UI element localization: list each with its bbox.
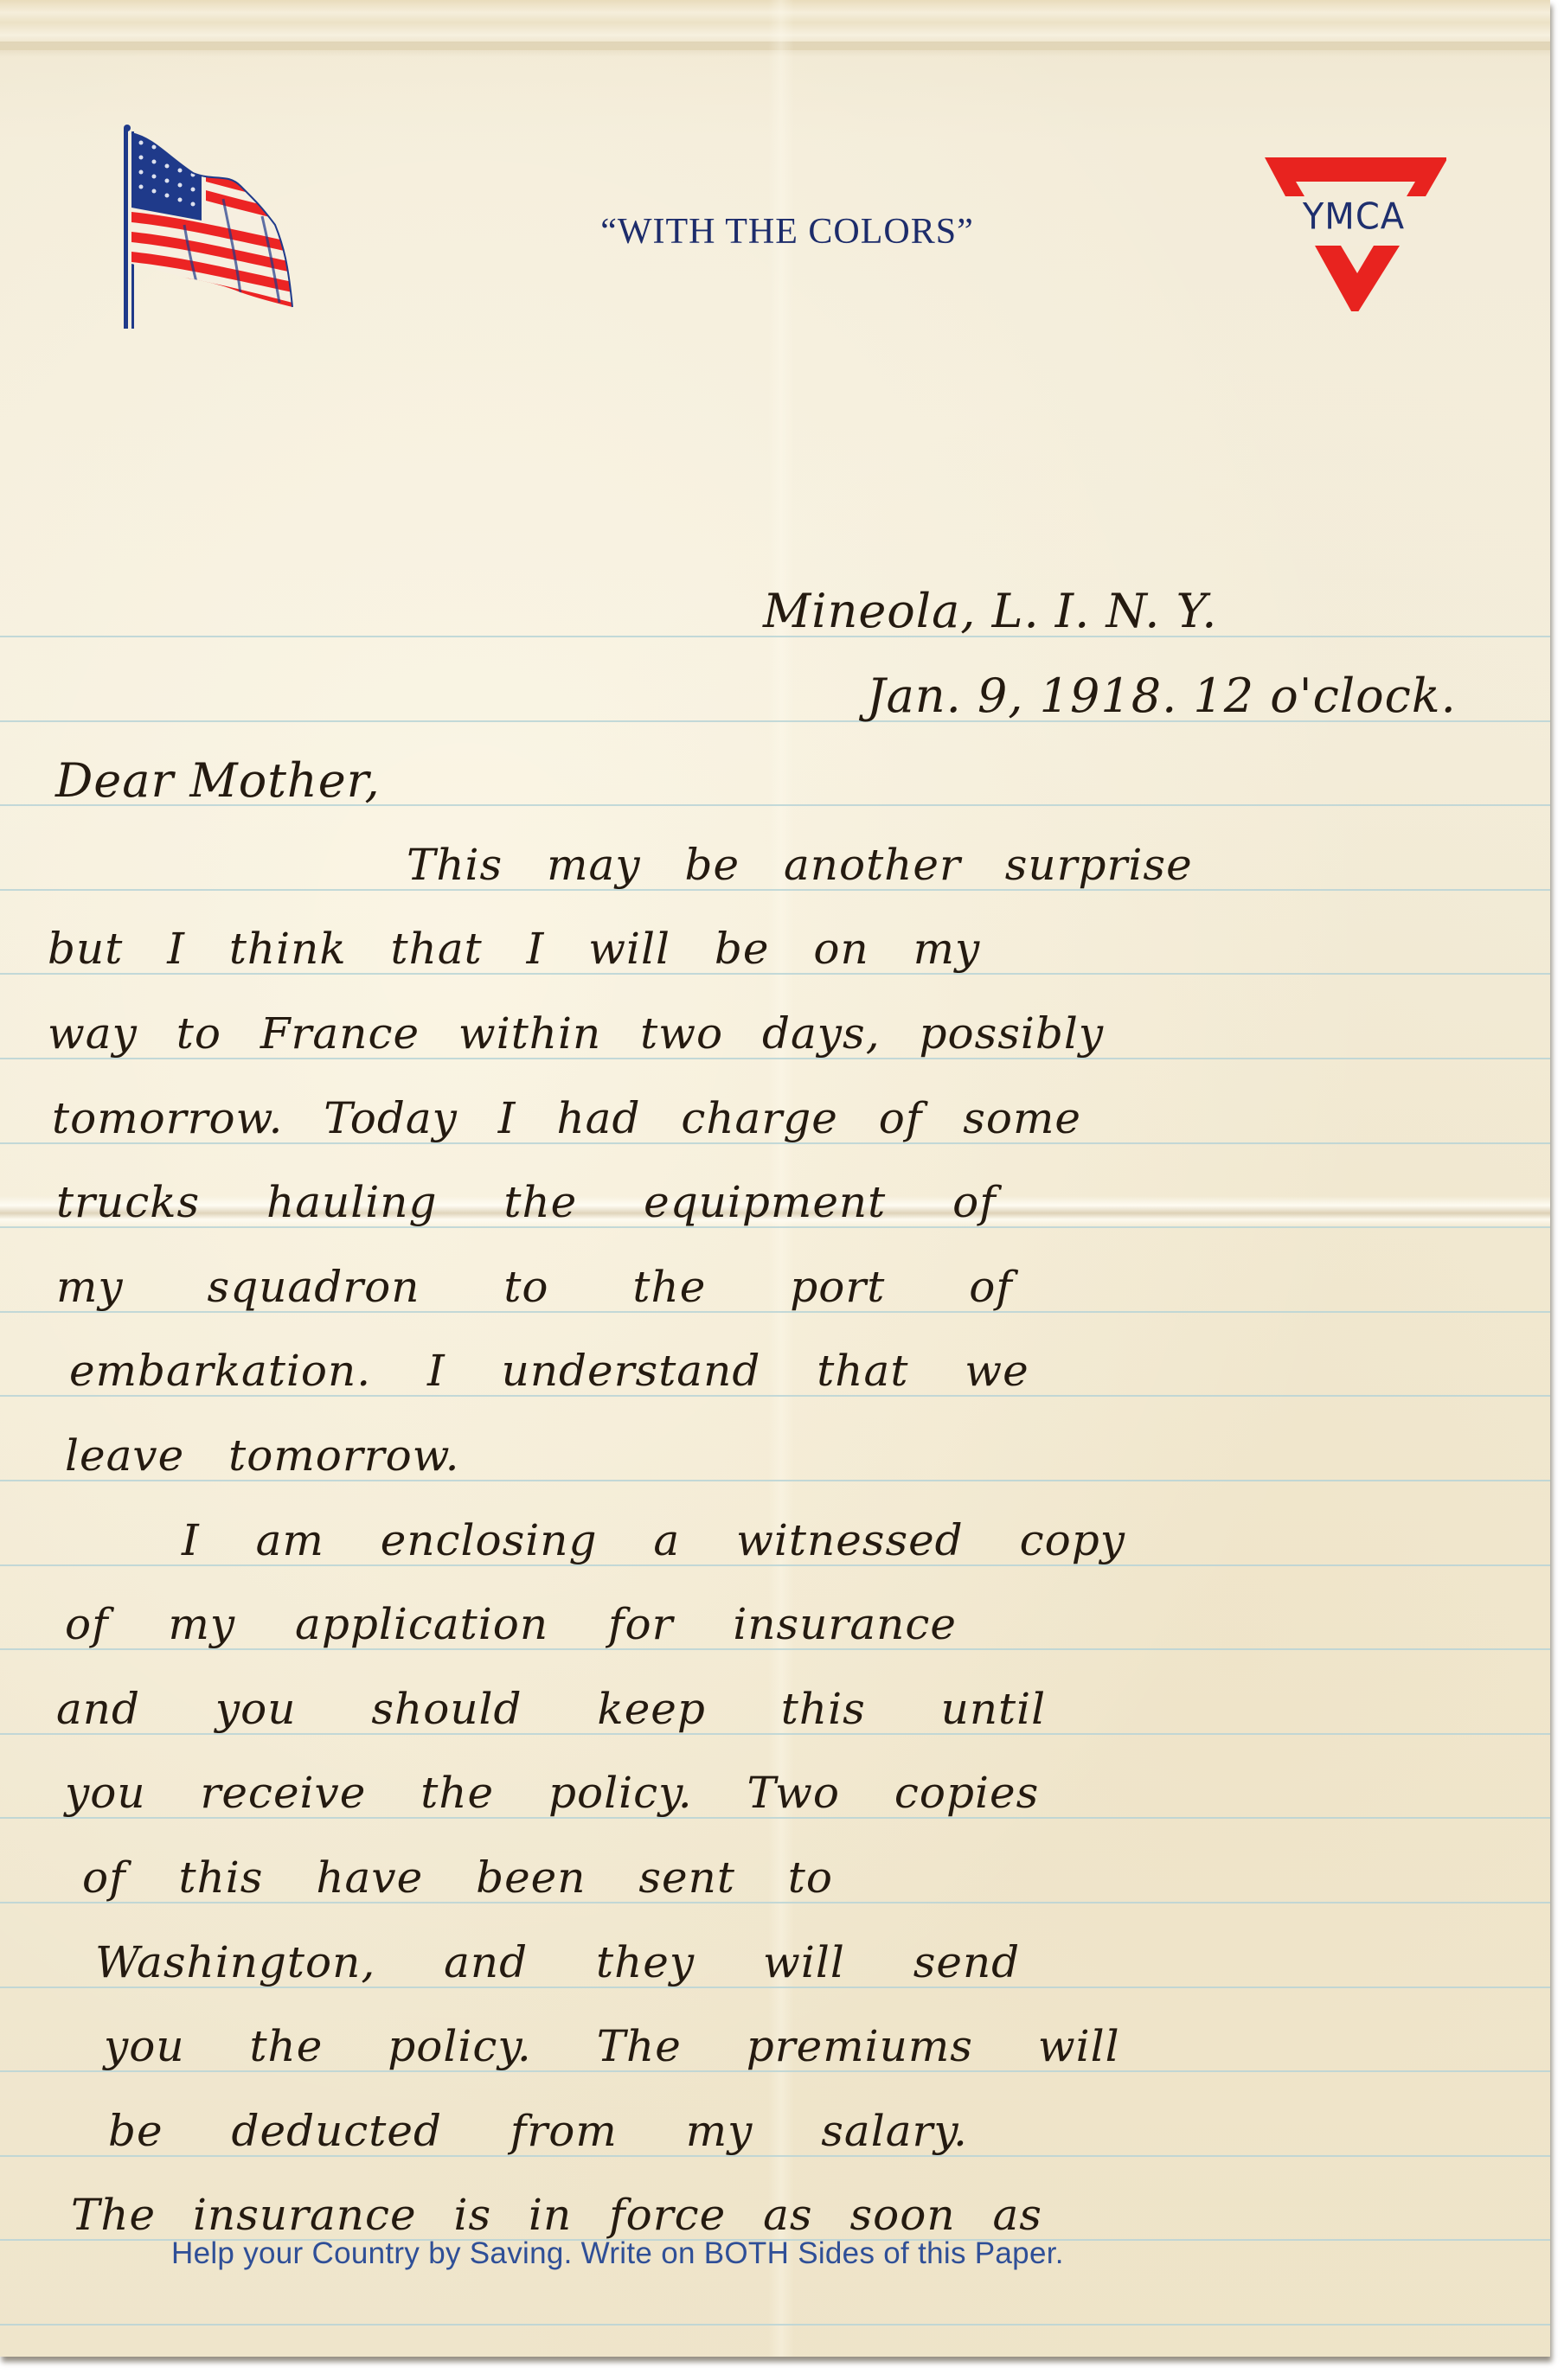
letter-line: embarkation. I understand that we [69, 1349, 1029, 1392]
letter-place: Mineola, L. I. N. Y. [763, 588, 1217, 635]
letter-line: This may be another surprise [407, 843, 1193, 886]
letterhead-motto: “WITH THE COLORS” [519, 211, 1055, 253]
letter-line: my squadron to the port of [56, 1265, 1013, 1308]
letter-line: of my application for insurance [65, 1603, 957, 1646]
letter-line: The insurance is in force as soon as [71, 2193, 1042, 2236]
ymca-logo-text: YMCA [1289, 196, 1419, 238]
letter-line: trucks hauling the equipment of [56, 1180, 997, 1224]
letter-line: way to France within two days, possibly [48, 1012, 1104, 1055]
letter-line: I am enclosing a witnessed copy [182, 1519, 1125, 1562]
letter-line: leave tomorrow. [65, 1434, 460, 1477]
letter-line: you the policy. The premiums will [104, 2025, 1120, 2068]
letter-date: Jan. 9, 1918. 12 o'clock. [867, 673, 1457, 720]
letter-line: of this have been sent to [82, 1856, 833, 1899]
letter-line: tomorrow. Today I had charge of some [52, 1097, 1081, 1140]
us-flag-icon [119, 121, 310, 333]
printed-footer: Help your Country by Saving. Write on BO… [171, 2236, 1064, 2271]
letter-line: you receive the policy. Two copies [65, 1771, 1039, 1814]
letter-paper: “WITH THE COLORS” YMCA Mineola, L. I. N.… [0, 0, 1550, 2357]
letter-salutation: Dear Mother, [55, 758, 381, 804]
letter-line: and you should keep this until [56, 1687, 1046, 1731]
letter-line: be deducted from my salary. [108, 2109, 968, 2153]
letter-line: but I think that I will be on my [48, 927, 980, 970]
ruled-line [0, 2324, 1550, 2326]
letter-line: Washington, and they will send [95, 1941, 1020, 1984]
